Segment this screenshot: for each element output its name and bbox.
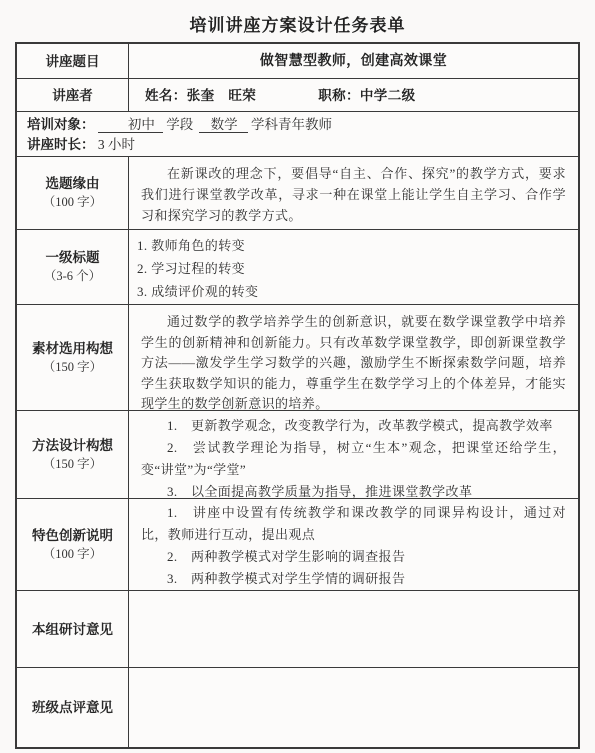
material-idea-content: 通过数学的教学培养学生的创新意识，就要在数学课堂教学中培养学生的创新精神和创新能… xyxy=(129,305,578,410)
label-sub: （150 字） xyxy=(43,455,102,474)
lecture-title-value: 做智慧型教师，创建高效课堂 xyxy=(129,44,578,78)
audience-duration-cell: 培训对象： 初中 学段 数学 学科青年教师 讲座时长： 3 小时 xyxy=(17,112,578,156)
method-idea-list: 1. 更新教学观念，改变教学行为，改革教学模式，提高教学效率 2. 尝试教学理论… xyxy=(129,411,578,498)
job-label: 职称： xyxy=(318,88,360,103)
row-label: 班级点评意见 xyxy=(17,668,129,747)
label-sub: （3-6 个） xyxy=(44,267,101,286)
duration-line: 讲座时长： 3 小时 xyxy=(27,135,578,155)
list-item: 2. 学习过程的转变 xyxy=(137,257,566,280)
label-sub: （100 字） xyxy=(43,193,102,212)
document-page: 培训讲座方案设计任务表单 讲座题目 做智慧型教师，创建高效课堂 讲座者 姓名：张… xyxy=(0,0,595,753)
label-main: 方法设计构想 xyxy=(32,436,113,455)
label-main: 选题缘由 xyxy=(46,174,100,193)
table-row-lecture-title: 讲座题目 做智慧型教师，创建高效课堂 xyxy=(17,44,578,79)
table-row-method-idea: 方法设计构想 （150 字） 1. 更新教学观念，改变教学行为，改革教学模式，提… xyxy=(17,411,578,499)
name-label: 姓名： xyxy=(145,88,187,103)
table-row-class-comments: 班级点评意见 xyxy=(17,668,578,747)
row-label: 特色创新说明 （100 字） xyxy=(17,499,129,590)
table-row-innovation: 特色创新说明 （100 字） 1. 讲座中设置有传统教学和课改教学的同课异构设计… xyxy=(17,499,578,591)
label-sub: （100 字） xyxy=(43,545,102,564)
list-item: 2. 两种教学模式对学生影响的调查报告 xyxy=(141,546,566,568)
row-label: 一级标题 （3-6 个） xyxy=(17,230,129,304)
row-label: 选题缘由 （100 字） xyxy=(17,157,129,229)
row-label: 讲座题目 xyxy=(17,44,129,78)
class-comments-blank xyxy=(129,668,578,747)
paragraph: 通过数学的教学培养学生的创新意识，就要在数学课堂教学中培养学生的创新精神和创新能… xyxy=(141,310,566,415)
table-row-topic-reason: 选题缘由 （100 字） 在新课改的理念下，要倡导“自主、合作、探究”的教学方式… xyxy=(17,157,578,230)
name-value: 张奎 旺荣 xyxy=(187,88,257,103)
duration-label: 讲座时长： xyxy=(27,137,95,152)
list-item: 1. 更新教学观念，改变教学行为，改革教学模式，提高教学效率 xyxy=(141,415,566,437)
audience-suffix: 学科青年教师 xyxy=(251,117,332,132)
audience-stage-blank: 初中 xyxy=(98,117,163,133)
audience-label: 培训对象： xyxy=(27,117,95,132)
duration-value: 3 小时 xyxy=(98,137,135,152)
audience-subject-blank: 数学 xyxy=(199,117,248,133)
row-label: 讲座者 xyxy=(17,79,129,111)
innovation-list: 1. 讲座中设置有传统教学和课改教学的同课异构设计，通过对比，教师进行互动，提出… xyxy=(129,499,578,590)
row-label: 方法设计构想 （150 字） xyxy=(17,411,129,498)
list-item: 1. 教师角色的转变 xyxy=(137,234,566,257)
label-main: 一级标题 xyxy=(46,248,100,267)
table-row-group-comments: 本组研讨意见 xyxy=(17,591,578,668)
speaker-info: 姓名：张奎 旺荣 职称：中学二级 xyxy=(129,79,578,111)
list-item: 3. 成绩评价观的转变 xyxy=(137,280,566,303)
list-item: 3. 两种教学模式对学生学情的调研报告 xyxy=(141,568,566,590)
row-label: 素材选用构想 （150 字） xyxy=(17,305,129,410)
label-main: 特色创新说明 xyxy=(32,526,113,545)
table-row-speaker: 讲座者 姓名：张奎 旺荣 职称：中学二级 xyxy=(17,79,578,112)
label-main: 素材选用构想 xyxy=(32,339,113,358)
topic-reason-content: 在新课改的理念下，要倡导“自主、合作、探究”的教学方式，要求我们进行课堂教学改革… xyxy=(129,157,578,229)
table-row-audience: 培训对象： 初中 学段 数学 学科青年教师 讲座时长： 3 小时 xyxy=(17,112,578,157)
group-comments-blank xyxy=(129,591,578,667)
speaker-job: 职称：中学二级 xyxy=(318,85,415,106)
headings-list: 1. 教师角色的转变 2. 学习过程的转变 3. 成绩评价观的转变 xyxy=(129,230,578,304)
list-item: 2. 尝试教学理论为指导，树立“生本”观念，把课堂还给学生，变“讲堂”为“学堂” xyxy=(141,437,566,481)
form-table: 讲座题目 做智慧型教师，创建高效课堂 讲座者 姓名：张奎 旺荣 职称：中学二级 … xyxy=(15,42,580,749)
row-label: 本组研讨意见 xyxy=(17,591,129,667)
paragraph: 在新课改的理念下，要倡导“自主、合作、探究”的教学方式，要求我们进行课堂教学改革… xyxy=(141,161,566,226)
table-row-headings: 一级标题 （3-6 个） 1. 教师角色的转变 2. 学习过程的转变 3. 成绩… xyxy=(17,230,578,305)
table-row-material-idea: 素材选用构想 （150 字） 通过数学的教学培养学生的创新意识，就要在数学课堂教… xyxy=(17,305,578,411)
speaker-name: 姓名：张奎 旺荣 xyxy=(145,85,256,106)
list-item: 1. 讲座中设置有传统教学和课改教学的同课异构设计，通过对比，教师进行互动，提出… xyxy=(141,502,566,546)
audience-stage-suffix: 学段 xyxy=(166,117,193,132)
job-value: 中学二级 xyxy=(360,88,416,103)
audience-line: 培训对象： 初中 学段 数学 学科青年教师 xyxy=(27,115,578,135)
label-sub: （150 字） xyxy=(43,358,102,377)
page-title: 培训讲座方案设计任务表单 xyxy=(0,0,595,36)
